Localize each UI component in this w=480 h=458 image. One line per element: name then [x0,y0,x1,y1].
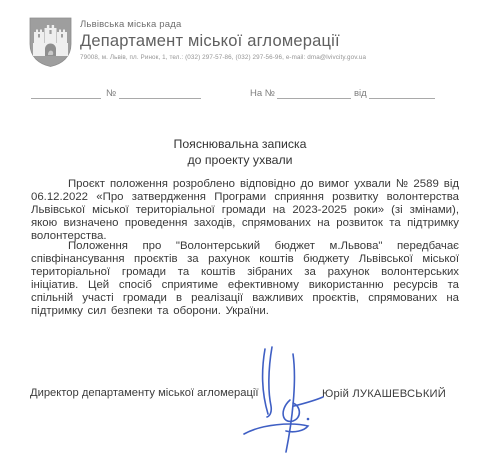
title-line-2: до проекту ухвали [0,152,480,168]
contact-line: 79008, м. Львів, пл. Ринок, 1, тел.: (03… [80,54,460,61]
from-date-label: від [354,88,367,99]
incoming-number-label: На № [250,88,275,99]
signer-name: Юрій ЛУКАШЕВСЬКИЙ [322,388,446,400]
document-page: Львівська міська рада Департамент місько… [0,0,480,458]
from-date-blank [369,86,435,99]
outgoing-date-blank [31,86,101,99]
paragraph-1: Проєкт положення розроблено відповідно д… [31,178,459,243]
incoming-number-blank [277,86,351,99]
number-label: № [106,88,116,99]
reference-fields: № На № від [0,86,480,102]
signer-position: Директор департаменту міської агломераці… [30,387,258,399]
department-name: Департамент міської агломерації [80,32,460,51]
title-line-1: Пояснювальна записка [0,136,480,152]
council-name: Львівська міська рада [80,19,460,30]
document-title: Пояснювальна записка до проекту ухвали [0,136,480,168]
letterhead: Львівська міська рада Департамент місько… [80,19,460,61]
outgoing-number-blank [119,86,201,99]
paragraph-2: Положення про "Волонтерський бюджет м.Ль… [31,240,459,319]
lviv-coat-of-arms-icon [28,17,73,67]
